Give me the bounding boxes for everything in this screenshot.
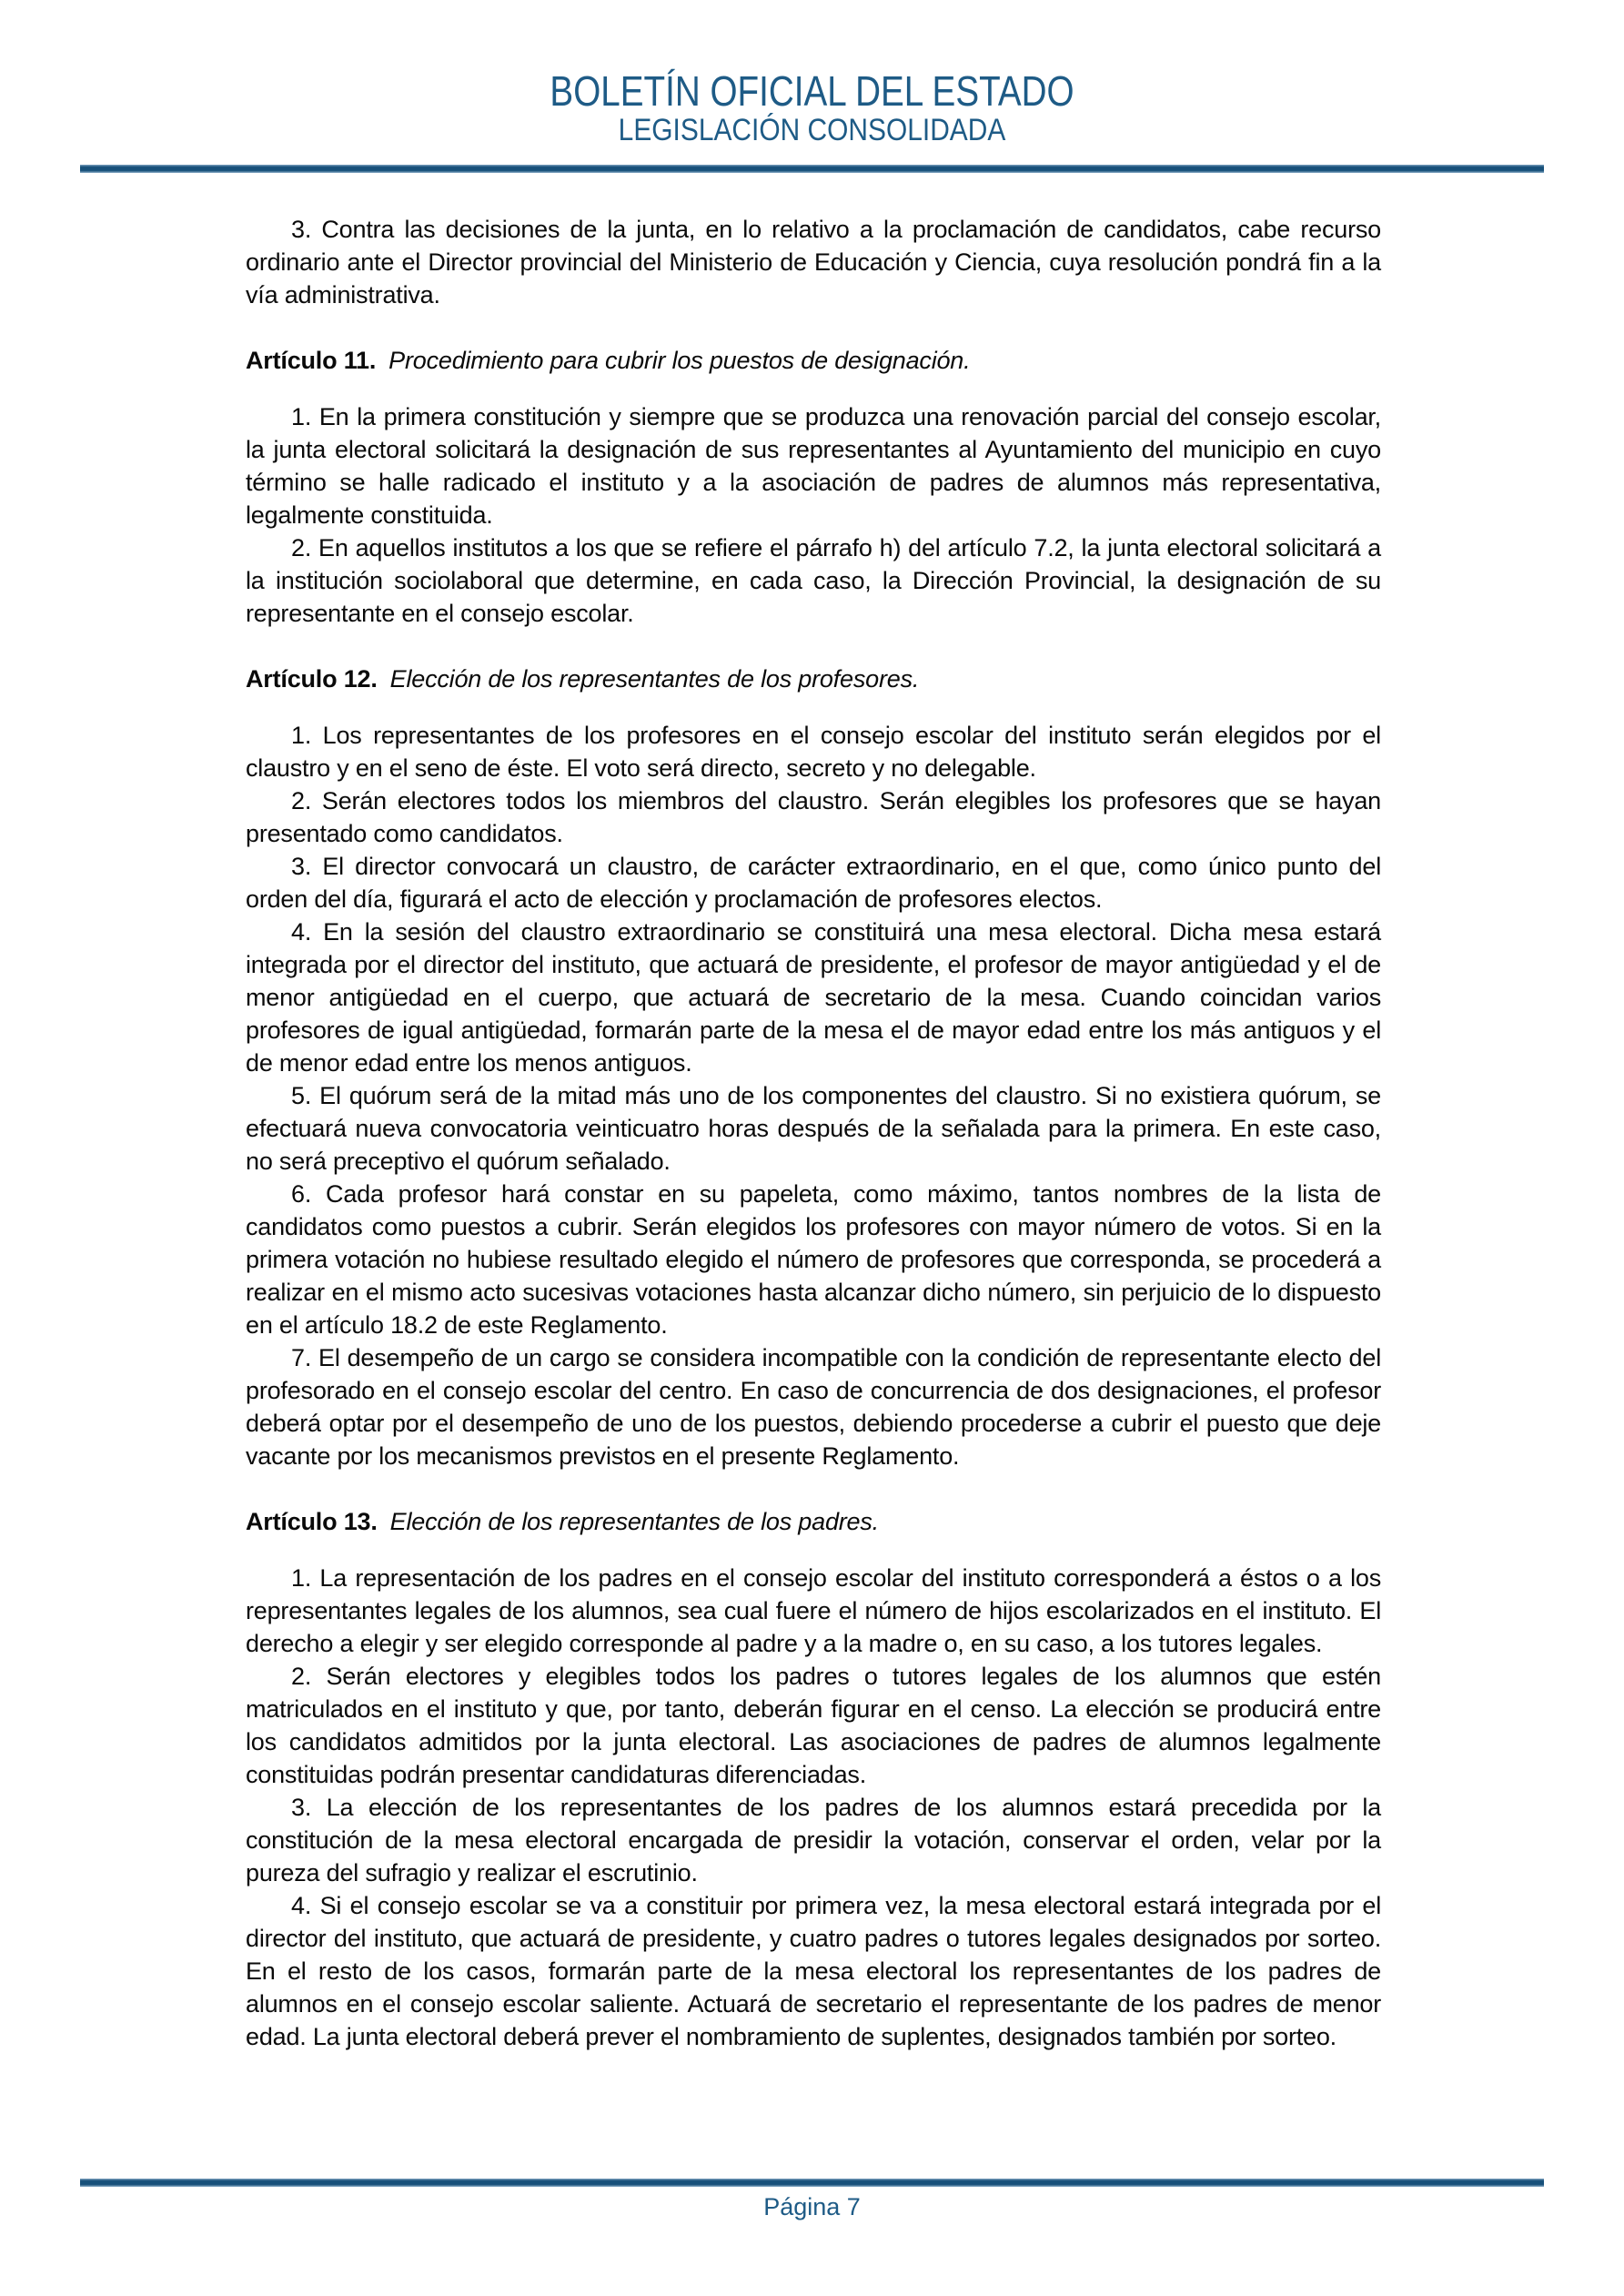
paragraph: 2. Serán electores y elegibles todos los…: [246, 1660, 1381, 1791]
article-heading: Artículo 13.Elección de los representant…: [246, 1505, 1381, 1538]
article-number: Artículo 11.: [246, 347, 376, 374]
paragraph: 3. La elección de los representantes de …: [246, 1791, 1381, 1889]
paragraph: 4. Si el consejo escolar se va a constit…: [246, 1889, 1381, 2053]
article-heading: Artículo 12.Elección de los representant…: [246, 663, 1381, 695]
boe-subtitle: LEGISLACIÓN CONSOLIDADA: [97, 113, 1527, 147]
paragraph: 2. En aquellos institutos a los que se r…: [246, 531, 1381, 630]
article-title: Elección de los representantes de los pr…: [390, 665, 920, 693]
paragraph: 2. Serán electores todos los miembros de…: [246, 784, 1381, 850]
document-body: 3. Contra las decisiones de la junta, en…: [246, 213, 1381, 2053]
boe-title: BOLETÍN OFICIAL DEL ESTADO: [130, 67, 1494, 115]
paragraph: 1. En la primera constitución y siempre …: [246, 400, 1381, 531]
header-divider: [80, 165, 1544, 173]
article-title: Elección de los representantes de los pa…: [390, 1508, 879, 1535]
paragraph: 1. Los representantes de los profesores …: [246, 719, 1381, 784]
article-number: Artículo 12.: [246, 665, 378, 693]
paragraph: 7. El desempeño de un cargo se considera…: [246, 1341, 1381, 1472]
page: BOLETÍN OFICIAL DEL ESTADO LEGISLACIÓN C…: [0, 0, 1624, 2296]
paragraph: 4. En la sesión del claustro extraordina…: [246, 915, 1381, 1079]
paragraph: 1. La representación de los padres en el…: [246, 1562, 1381, 1660]
article-title: Procedimiento para cubrir los puestos de…: [388, 347, 970, 374]
footer-divider: [80, 2179, 1544, 2187]
paragraph: 5. El quórum será de la mitad más uno de…: [246, 1079, 1381, 1178]
page-number: Página 7: [0, 2191, 1624, 2222]
paragraph: 3. El director convocará un claustro, de…: [246, 850, 1381, 915]
article-heading: Artículo 11.Procedimiento para cubrir lo…: [246, 344, 1381, 377]
paragraph: 6. Cada profesor hará constar en su pape…: [246, 1178, 1381, 1341]
article-number: Artículo 13.: [246, 1508, 378, 1535]
paragraph: 3. Contra las decisiones de la junta, en…: [246, 213, 1381, 311]
